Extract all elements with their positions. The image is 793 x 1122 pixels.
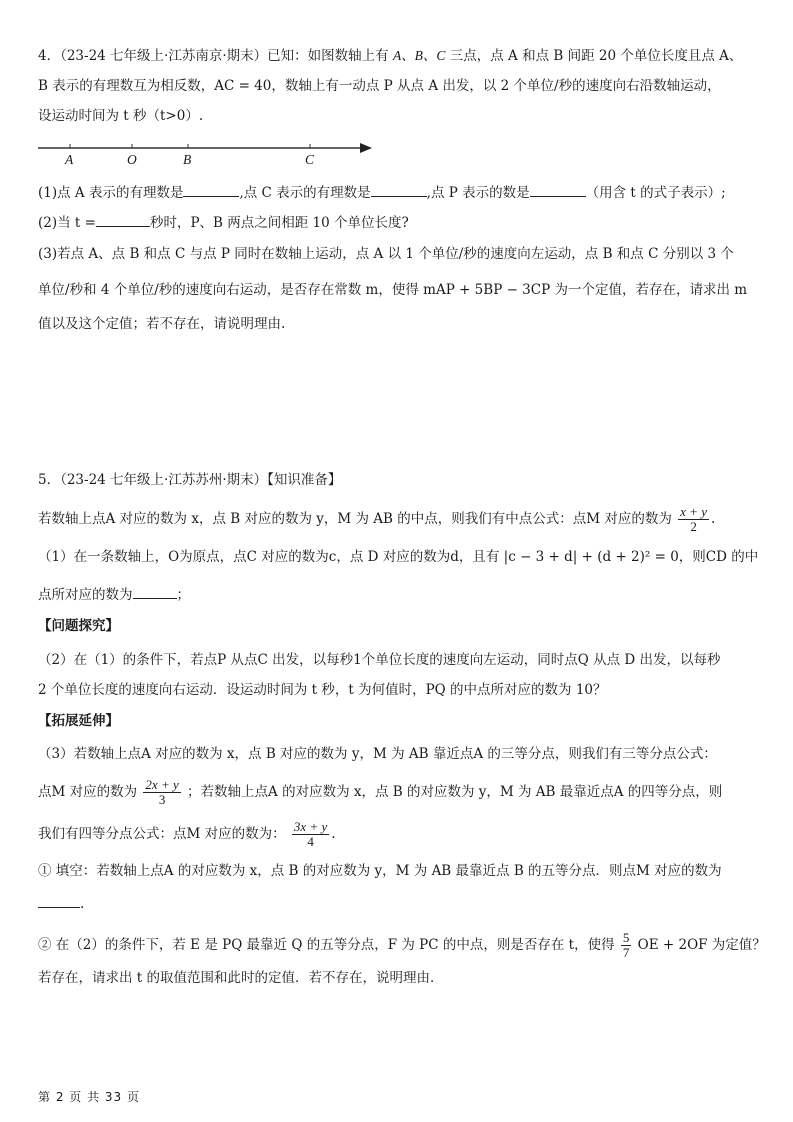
q4-part3-line3: 值以及这个定值；若不存在，请说明理由. <box>38 314 285 334</box>
q4-part1: (1)点 A 表示的有理数是,点 C 表示的有理数是,点 P 表示的数是（用含 … <box>38 182 726 203</box>
q5-circle1-line2: . <box>38 893 84 914</box>
axis-label-a: A <box>65 152 73 168</box>
q5-intro-text: 若数轴上点A 对应的数为 x，点 B 对应的数为 y，M 为 AB 的中点，则我… <box>38 511 672 527</box>
midpoint-formula: x + y2 <box>678 505 709 534</box>
q5-part2-line1: （2）在（1）的条件下，若点P 从点C 出发，以每秒1个单位长度的速度向左运动，… <box>38 650 721 670</box>
q4-p1-text-b: ,点 C 表示的有理数是 <box>239 185 370 201</box>
axis-labels: A O B C <box>38 152 378 172</box>
q5-c1-end: . <box>80 896 84 912</box>
q4-line2: B 表示的有理数互为相反数，AC = 40，数轴上有一动点 P 从点 A 出发，… <box>38 76 721 96</box>
q5-c2-text-a: ② 在（2）的条件下，若 E 是 PQ 最靠近 Q 的五等分点，F 为 PC 的… <box>38 937 615 953</box>
frac-den: 4 <box>305 835 316 849</box>
frac-den: 3 <box>157 793 168 807</box>
q4-p1-text-d: （用含 t 的式子表示）; <box>586 185 726 201</box>
page-footer: 第 2 页 共 33 页 <box>38 1088 140 1105</box>
q4-p2-text-a: (2)当 t = <box>38 215 96 231</box>
trisection-formula: 2x + y3 <box>143 778 180 807</box>
frac-num: 2x + y <box>143 778 180 793</box>
axis-label-o: O <box>127 152 137 168</box>
axis-label-b: B <box>183 152 191 168</box>
q5-part1-line2: 点所对应的数为； <box>38 584 190 605</box>
q5-p3-text-b: ；若数轴上点A 的对应数为 x，点 B 的对应数为 y，M 为 AB 最靠近点A… <box>187 784 722 800</box>
answer-blank-fifth-point[interactable] <box>38 893 80 908</box>
q5-circle1-line1: ① 填空：若数轴上点A 的对应数为 x，点 B 的对应数为 y，M 为 AB 最… <box>38 861 722 881</box>
q5-header: 5．（23-24 七年级上·江苏苏州·期末）【知识准备】 <box>38 470 341 490</box>
q4-p1-text-a: (1)点 A 表示的有理数是 <box>38 185 183 201</box>
q5-intro: 若数轴上点A 对应的数为 x，点 B 对应的数为 y，M 为 AB 的中点，则我… <box>38 505 715 534</box>
section-extension: 【拓展延伸】 <box>38 711 119 731</box>
answer-blank-p[interactable] <box>530 182 586 197</box>
q4-part3-line2: 单位/秒和 4 个单位/秒的速度向右运动，是否存在常数 m，使得 mAP + 5… <box>38 280 747 300</box>
q4-part2: (2)当 t =秒时，P、B 两点之间相距 10 个单位长度? <box>38 212 409 233</box>
coefficient-fraction: 57 <box>621 931 632 960</box>
quadrisection-formula: 3x + y4 <box>292 820 329 849</box>
q5-part3-line2: 点M 对应的数为 2x + y3 ；若数轴上点A 的对应数为 x，点 B 的对应… <box>38 778 722 807</box>
q4-line3: 设运动时间为 t 秒（t>0）. <box>38 106 203 126</box>
answer-blank-a[interactable] <box>183 182 239 197</box>
q5-p1-text: 点所对应的数为 <box>38 587 133 603</box>
axis-label-c: C <box>305 152 314 168</box>
frac-num: 5 <box>621 931 632 946</box>
q5-part2-line2: 2 个单位长度的速度向右运动．设运动时间为 t 秒，t 为何值时，PQ 的中点所… <box>38 680 607 700</box>
section-problem-exploration: 【问题探究】 <box>38 616 119 636</box>
q5-circle2-line1: ② 在（2）的条件下，若 E 是 PQ 最靠近 Q 的五等分点，F 为 PC 的… <box>38 931 766 960</box>
q5-part3-line3: 我们有四等分点公式：点M 对应的数为： 3x + y4. <box>38 820 336 849</box>
q5-p3-text-a: 点M 对应的数为 <box>38 784 137 800</box>
q5-p3-end: . <box>331 826 335 842</box>
q4-header: 4．（23-24 七年级上·江苏南京·期末）已知：如图数轴上有 A、B、C 三点… <box>38 46 742 66</box>
q5-c2-text-b: OE + 2OF 为定值？ <box>638 937 766 953</box>
q4-p2-text-b: 秒时，P、B 两点之间相距 10 个单位长度? <box>150 215 409 231</box>
q5-part1-line1: （1）在一条数轴上，O为原点，点C 对应的数为c，点 D 对应的数为d，且有 |… <box>38 547 758 567</box>
q4-points-label: A、B、C <box>393 48 446 63</box>
document-page: 4．（23-24 七年级上·江苏南京·期末）已知：如图数轴上有 A、B、C 三点… <box>0 0 793 1122</box>
frac-num: 3x + y <box>292 820 329 835</box>
q5-part3-line1: （3）若数轴上点A 对应的数为 x，点 B 对应的数为 y，M 为 AB 靠近点… <box>38 744 717 764</box>
answer-blank-c[interactable] <box>371 182 427 197</box>
q4-header-rest: 三点，点 A 和点 B 间距 20 个单位长度且点 A、 <box>450 48 743 64</box>
q5-circle2-line2: 若存在，请求出 t 的取值范围和此时的定值．若不存在，说明理由． <box>38 968 444 988</box>
q5-p3-text-c: 我们有四等分点公式：点M 对应的数为： <box>38 826 286 842</box>
q5-p1-end: ； <box>177 587 191 603</box>
frac-den: 7 <box>621 946 632 960</box>
answer-blank-cd-midpoint[interactable] <box>133 584 177 599</box>
q4-header-text: 4．（23-24 七年级上·江苏南京·期末）已知：如图数轴上有 <box>38 48 389 64</box>
frac-den: 2 <box>688 520 699 534</box>
q4-p1-text-c: ,点 P 表示的数是 <box>427 185 530 201</box>
frac-num: x + y <box>678 505 709 520</box>
q4-part3-line1: (3)若点 A、点 B 和点 C 与点 P 同时在数轴上运动，点 A 以 1 个… <box>38 244 734 264</box>
answer-blank-t[interactable] <box>96 212 150 227</box>
